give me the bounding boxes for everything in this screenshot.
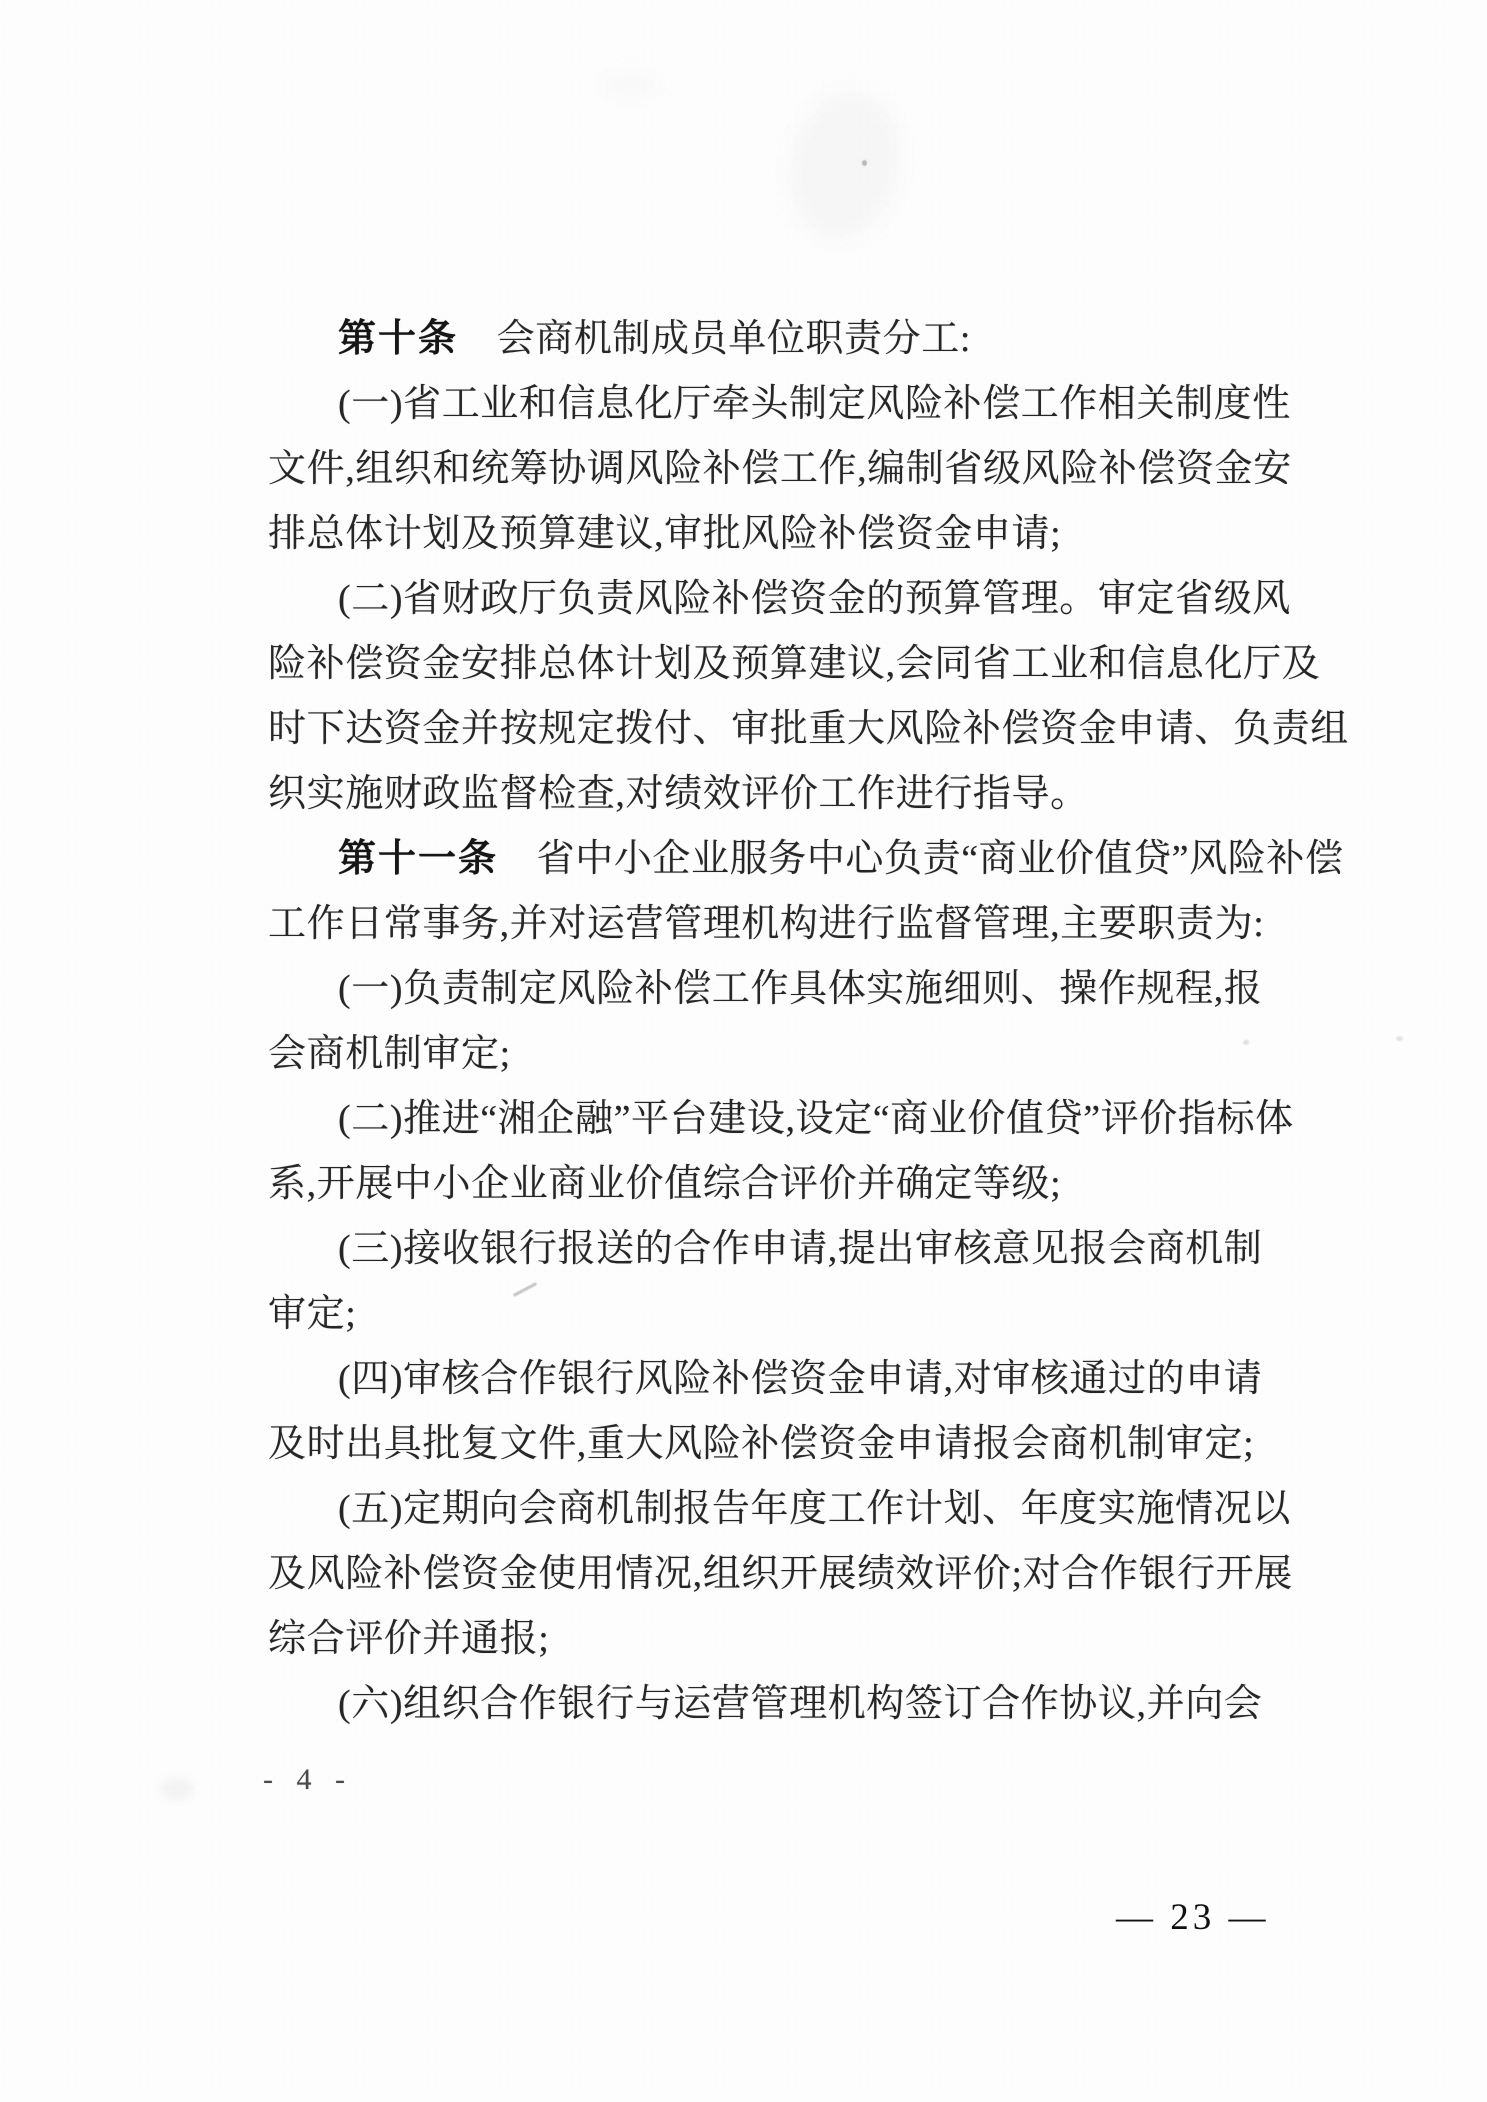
text-line: 系,开展中小企业商业价值综合评价并确定等级; xyxy=(268,1152,1263,1217)
article-11-title: 省中小企业服务中心负责“商业价值贷”风险补偿 xyxy=(498,838,1344,880)
article-11-number: 第十一条 xyxy=(338,838,498,880)
scan-speck xyxy=(1396,1036,1403,1041)
text-line: 织实施财政监督检查,对绩效评价工作进行指导。 xyxy=(268,762,1263,827)
text-line: 工作日常事务,并对运营管理机构进行监督管理,主要职责为: xyxy=(268,892,1263,957)
text-line: 及风险补偿资金使用情况,组织开展绩效评价;对合作银行开展 xyxy=(268,1542,1263,1607)
text-line: 审定; xyxy=(268,1282,1263,1347)
scan-speck xyxy=(862,160,867,166)
text-line: (一)负责制定风险补偿工作具体实施细则、操作规程,报 xyxy=(268,957,1263,1022)
page-number-inner: - 4 - xyxy=(263,1763,353,1797)
scanned-document-page: 第十条 会商机制成员单位职责分工: (一)省工业和信息化厅牵头制定风险补偿工作相… xyxy=(0,0,1487,2102)
text-line: (三)接收银行报送的合作申请,提出审核意见报会商机制 xyxy=(268,1217,1263,1282)
scan-smudge xyxy=(600,70,660,100)
scan-smudge xyxy=(160,1778,194,1800)
text-line: 及时出具批复文件,重大风险补偿资金申请报会商机制审定; xyxy=(268,1412,1263,1477)
text-line: (二)推进“湘企融”平台建设,设定“商业价值贷”评价指标体 xyxy=(268,1087,1263,1152)
text-line: 综合评价并通报; xyxy=(268,1607,1263,1672)
text-line: 排总体计划及预算建议,审批风险补偿资金申请; xyxy=(268,502,1263,567)
article-10-heading-line: 第十条 会商机制成员单位职责分工: xyxy=(268,307,1263,372)
text-line: (二)省财政厅负责风险补偿资金的预算管理。审定省级风 xyxy=(268,567,1263,632)
document-body: 第十条 会商机制成员单位职责分工: (一)省工业和信息化厅牵头制定风险补偿工作相… xyxy=(268,307,1263,1737)
scan-smudge xyxy=(776,80,915,250)
page-number-outer: — 23 — xyxy=(1116,1896,1270,1939)
text-line: 险补偿资金安排总体计划及预算建议,会同省工业和信息化厅及 xyxy=(268,632,1263,697)
article-11-heading-line: 第十一条 省中小企业服务中心负责“商业价值贷”风险补偿 xyxy=(268,827,1263,892)
text-line: 会商机制审定; xyxy=(268,1022,1263,1087)
text-line: (一)省工业和信息化厅牵头制定风险补偿工作相关制度性 xyxy=(268,372,1263,437)
article-10-title: 会商机制成员单位职责分工: xyxy=(458,318,971,360)
text-line: (五)定期向会商机制报告年度工作计划、年度实施情况以 xyxy=(268,1477,1263,1542)
text-line: (六)组织合作银行与运营管理机构签订合作协议,并向会 xyxy=(268,1672,1263,1737)
article-10-number: 第十条 xyxy=(338,318,458,360)
text-line: 时下达资金并按规定拨付、审批重大风险补偿资金申请、负责组 xyxy=(268,697,1263,762)
text-line: 文件,组织和统筹协调风险补偿工作,编制省级风险补偿资金安 xyxy=(268,437,1263,502)
text-line: (四)审核合作银行风险补偿资金申请,对审核通过的申请 xyxy=(268,1347,1263,1412)
